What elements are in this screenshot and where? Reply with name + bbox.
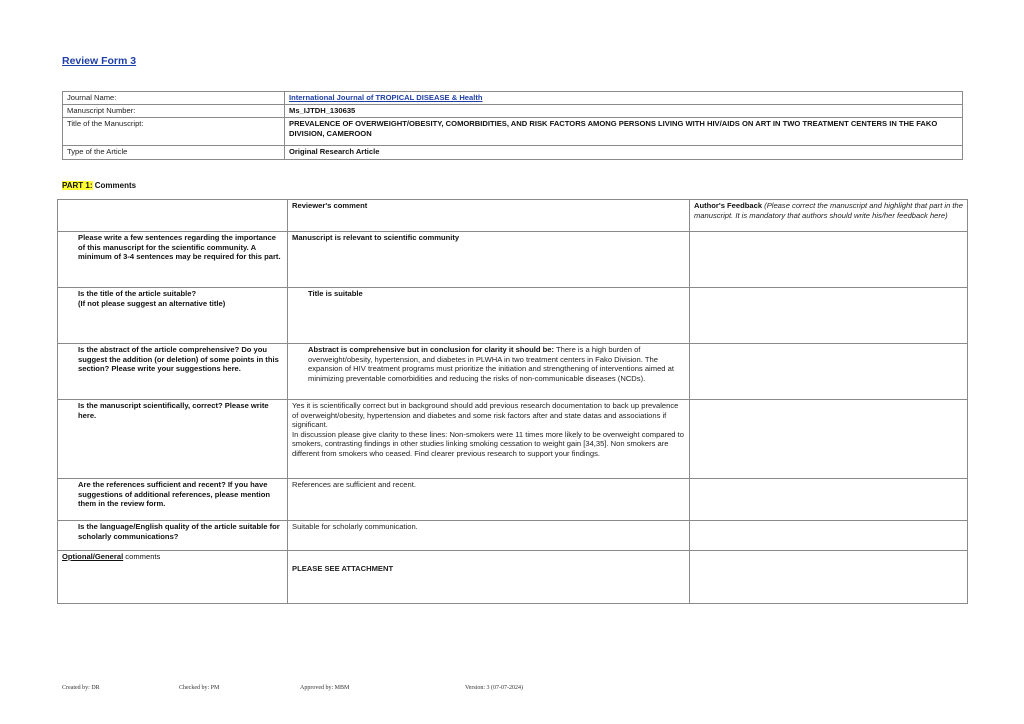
reviewer-comment-title: Title is suitable: [288, 288, 690, 344]
author-feedback-title: Author's Feedback: [694, 201, 762, 210]
reviewer-comment-language: Suitable for scholarly communication.: [288, 521, 690, 551]
footer-version: Version: 3 (07-07-2024): [465, 685, 523, 691]
manuscript-title-label: Title of the Manuscript:: [63, 118, 285, 146]
manuscript-title-value: PREVALENCE OF OVERWEIGHT/OBESITY, COMORB…: [285, 118, 963, 146]
reviewer-comment-importance: Manuscript is relevant to scientific com…: [288, 232, 690, 288]
author-feedback-importance[interactable]: [690, 232, 968, 288]
article-type-value: Original Research Article: [285, 146, 963, 160]
header-empty-cell: [58, 200, 288, 232]
article-type-label: Type of the Article: [63, 146, 285, 160]
reviewer-comment-scientific: Yes it is scientifically correct but in …: [288, 400, 690, 479]
part-1-label: Comments: [93, 181, 137, 190]
journal-name-label: Journal Name:: [63, 92, 285, 105]
author-feedback-header: Author's Feedback (Please correct the ma…: [690, 200, 968, 232]
comment-row-scientific: Is the manuscript scientifically, correc…: [58, 400, 968, 479]
comment-row-optional: Optional/General comments PLEASE SEE ATT…: [58, 551, 968, 604]
reviewer-comment-references: References are sufficient and recent.: [288, 479, 690, 521]
optional-general-underlined: Optional/General: [62, 552, 123, 561]
reviewer-comment-header: Reviewer's comment: [288, 200, 690, 232]
question-title: Is the title of the article suitable?(If…: [58, 288, 288, 344]
reviewer-comment-optional: PLEASE SEE ATTACHMENT: [288, 551, 690, 604]
footer-checked-by: Checked by: PM: [179, 685, 219, 691]
see-attachment-text: PLEASE SEE ATTACHMENT: [292, 564, 685, 574]
manuscript-info-table: Journal Name: International Journal of T…: [62, 91, 963, 160]
scientific-comment-para-1: Yes it is scientifically correct but in …: [292, 401, 685, 430]
part-1-highlight: PART 1:: [62, 181, 93, 190]
author-feedback-title[interactable]: [690, 288, 968, 344]
question-references: Are the references sufficient and recent…: [58, 479, 288, 521]
optional-general-label: Optional/General comments: [58, 551, 288, 604]
comment-row-references: Are the references sufficient and recent…: [58, 479, 968, 521]
comments-header-row: Reviewer's comment Author's Feedback (Pl…: [58, 200, 968, 232]
author-feedback-language[interactable]: [690, 521, 968, 551]
question-language: Is the language/English quality of the a…: [58, 521, 288, 551]
footer-approved-by: Approved by: MBM: [300, 685, 349, 691]
part-1-heading: PART 1: Comments: [62, 181, 136, 190]
comments-table: Reviewer's comment Author's Feedback (Pl…: [57, 199, 968, 604]
journal-name-value: International Journal of TROPICAL DISEAS…: [285, 92, 963, 105]
comment-row-importance: Please write a few sentences regarding t…: [58, 232, 968, 288]
author-feedback-optional[interactable]: [690, 551, 968, 604]
journal-name-link[interactable]: International Journal of TROPICAL DISEAS…: [289, 93, 483, 102]
scientific-comment-para-2: In discussion please give clarity to the…: [292, 430, 685, 459]
comment-row-language: Is the language/English quality of the a…: [58, 521, 968, 551]
article-type-row: Type of the Article Original Research Ar…: [63, 146, 963, 160]
manuscript-number-row: Manuscript Number: Ms_IJTDH_130635: [63, 105, 963, 118]
footer-created-by: Created by: DR: [62, 685, 100, 691]
author-feedback-abstract[interactable]: [690, 344, 968, 400]
manuscript-number-label: Manuscript Number:: [63, 105, 285, 118]
optional-general-rest: comments: [123, 552, 160, 561]
question-abstract: Is the abstract of the article comprehen…: [58, 344, 288, 400]
author-feedback-references[interactable]: [690, 479, 968, 521]
abstract-comment-lead: Abstract is comprehensive but in conclus…: [308, 345, 554, 354]
manuscript-number-value: Ms_IJTDH_130635: [285, 105, 963, 118]
question-importance: Please write a few sentences regarding t…: [58, 232, 288, 288]
comment-row-title: Is the title of the article suitable?(If…: [58, 288, 968, 344]
form-title: Review Form 3: [62, 55, 136, 67]
journal-name-row: Journal Name: International Journal of T…: [63, 92, 963, 105]
reviewer-comment-abstract: Abstract is comprehensive but in conclus…: [288, 344, 690, 400]
manuscript-title-row: Title of the Manuscript: PREVALENCE OF O…: [63, 118, 963, 146]
author-feedback-scientific[interactable]: [690, 400, 968, 479]
comment-row-abstract: Is the abstract of the article comprehen…: [58, 344, 968, 400]
question-scientific: Is the manuscript scientifically, correc…: [58, 400, 288, 479]
